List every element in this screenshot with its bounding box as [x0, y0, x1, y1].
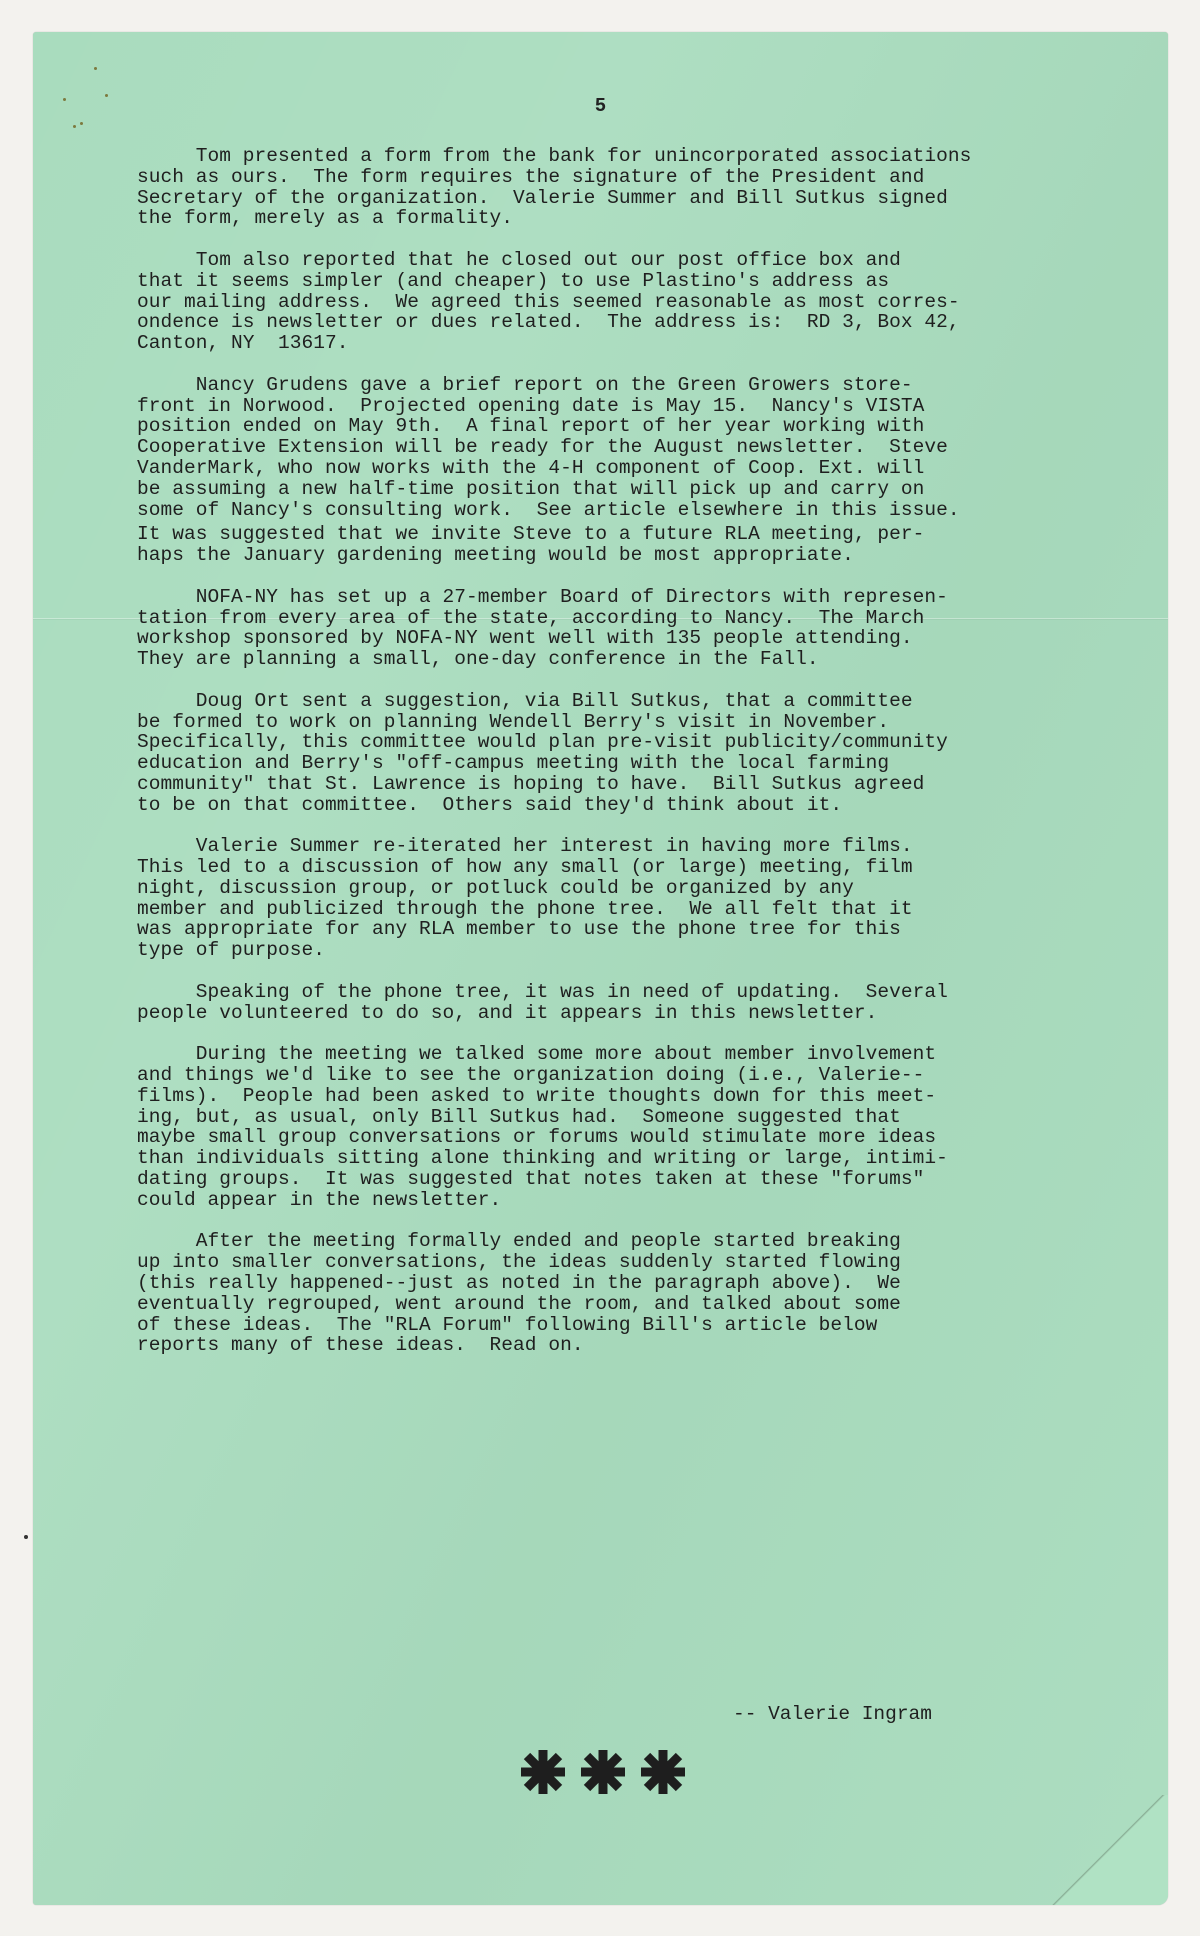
- text-line: Tom also reported that he closed out our…: [137, 250, 1137, 271]
- folded-corner: [1048, 1795, 1168, 1905]
- text-line: Doug Ort sent a suggestion, via Bill Sut…: [137, 691, 1137, 712]
- text-line: During the meeting we talked some more a…: [137, 1044, 1137, 1065]
- text-line: our mailing address. We agreed this seem…: [137, 292, 1137, 313]
- paragraph-mailing-address: Tom also reported that he closed out our…: [137, 250, 1137, 354]
- text-line: was appropriate for any RLA member to us…: [137, 919, 1137, 940]
- page-number: 5: [33, 95, 1168, 117]
- asterisk-icon: [519, 1748, 567, 1796]
- paragraph-bank-form: Tom presented a form from the bank for u…: [137, 146, 1137, 229]
- text-line: Cooperative Extension will be ready for …: [137, 437, 1137, 458]
- asterisk-icon: [579, 1748, 627, 1796]
- text-line: night, discussion group, or potluck coul…: [137, 878, 1137, 899]
- text-line: ing, but, as usual, only Bill Sutkus had…: [137, 1107, 1137, 1128]
- text-line: position ended on May 9th. A final repor…: [137, 416, 1137, 437]
- text-line: such as ours. The form requires the sign…: [137, 167, 1137, 188]
- body-text: Tom presented a form from the bank for u…: [137, 146, 1137, 1377]
- text-line: Specifically, this committee would plan …: [137, 732, 1137, 753]
- text-line: eventually regrouped, went around the ro…: [137, 1294, 1137, 1315]
- paragraph-wendell-berry: Doug Ort sent a suggestion, via Bill Sut…: [137, 691, 1137, 816]
- text-line: community" that St. Lawrence is hoping t…: [137, 774, 1137, 795]
- section-separator: [519, 1748, 687, 1796]
- paragraph-member-involvement: During the meeting we talked some more a…: [137, 1044, 1137, 1210]
- text-line: people volunteered to do so, and it appe…: [137, 1003, 1137, 1024]
- text-line: and things we'd like to see the organiza…: [137, 1065, 1137, 1086]
- paragraph-films: Valerie Summer re-iterated her interest …: [137, 836, 1137, 961]
- text-line: ondence is newsletter or dues related. T…: [137, 312, 1137, 333]
- text-line: Valerie Summer re-iterated her interest …: [137, 836, 1137, 857]
- text-line: that it seems simpler (and cheaper) to u…: [137, 271, 1137, 292]
- paper-speck: [80, 122, 83, 125]
- paragraph-phone-tree: Speaking of the phone tree, it was in ne…: [137, 982, 1137, 1024]
- text-line: workshop sponsored by NOFA-NY went well …: [137, 628, 1137, 649]
- author-signature: -- Valerie Ingram: [733, 1703, 932, 1725]
- text-line: could appear in the newsletter.: [137, 1190, 1137, 1211]
- paper-speck: [94, 67, 97, 70]
- text-line: dating groups. It was suggested that not…: [137, 1169, 1137, 1190]
- text-line: This led to a discussion of how any smal…: [137, 857, 1137, 878]
- text-line: member and publicized through the phone …: [137, 899, 1137, 920]
- text-line: type of purpose.: [137, 940, 1137, 961]
- text-line: (this really happened--just as noted in …: [137, 1273, 1137, 1294]
- text-line: NOFA-NY has set up a 27-member Board of …: [137, 587, 1137, 608]
- text-line: be formed to work on planning Wendell Be…: [137, 712, 1137, 733]
- text-line: Nancy Grudens gave a brief report on the…: [137, 375, 1137, 396]
- text-line: Canton, NY 13617.: [137, 333, 1137, 354]
- text-line: education and Berry's "off-campus meetin…: [137, 753, 1137, 774]
- text-line: to be on that committee. Others said the…: [137, 795, 1137, 816]
- text-line: than individuals sitting alone thinking …: [137, 1148, 1137, 1169]
- text-line: maybe small group conversations or forum…: [137, 1127, 1137, 1148]
- text-line: VanderMark, who now works with the 4-H c…: [137, 458, 1137, 479]
- text-line: Tom presented a form from the bank for u…: [137, 146, 1137, 167]
- text-line: of these ideas. The "RLA Forum" followin…: [137, 1315, 1137, 1336]
- asterisk-icon: [639, 1748, 687, 1796]
- stray-ink-dot: [24, 1535, 28, 1539]
- paragraph-green-growers: Nancy Grudens gave a brief report on the…: [137, 375, 1137, 566]
- text-line: tation from every area of the state, acc…: [137, 608, 1137, 629]
- text-line: films). People had been asked to write t…: [137, 1086, 1137, 1107]
- text-line: It was suggested that we invite Steve to…: [137, 524, 1137, 545]
- text-line: Secretary of the organization. Valerie S…: [137, 188, 1137, 209]
- text-line: up into smaller conversations, the ideas…: [137, 1252, 1137, 1273]
- text-line: be assuming a new half-time position tha…: [137, 479, 1137, 500]
- paragraph-after-meeting: After the meeting formally ended and peo…: [137, 1231, 1137, 1356]
- text-line: Speaking of the phone tree, it was in ne…: [137, 982, 1137, 1003]
- newsletter-page: 5 Tom presented a form from the bank for…: [33, 32, 1168, 1905]
- text-line: front in Norwood. Projected opening date…: [137, 396, 1137, 417]
- paper-speck: [73, 125, 76, 128]
- text-line: the form, merely as a formality.: [137, 208, 1137, 229]
- text-line: reports many of these ideas. Read on.: [137, 1335, 1137, 1356]
- text-line: some of Nancy's consulting work. See art…: [137, 500, 1137, 521]
- text-line: haps the January gardening meeting would…: [137, 545, 1137, 566]
- text-line: They are planning a small, one-day confe…: [137, 649, 1137, 670]
- text-line: After the meeting formally ended and peo…: [137, 1231, 1137, 1252]
- paragraph-nofa-ny: NOFA-NY has set up a 27-member Board of …: [137, 587, 1137, 670]
